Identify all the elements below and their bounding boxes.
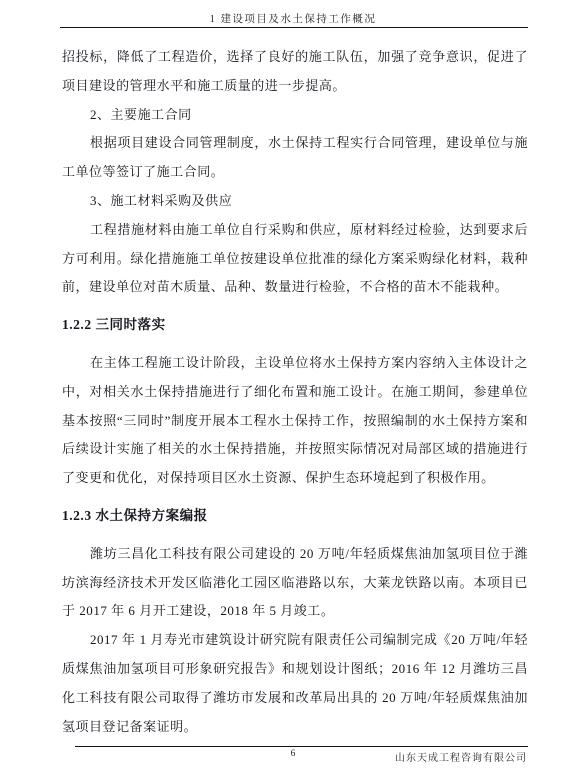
document-body: 招投标，降低了工程造价，选择了良好的施工队伍，加强了竞争意识，促进了项目建设的管… <box>62 43 528 741</box>
section-heading-1-2-2: 1.2.2 三同时落实 <box>62 311 528 340</box>
header-rule <box>60 27 528 28</box>
footer-company-name: 山东天成工程咨询有限公司 <box>395 749 527 764</box>
body-paragraph: 根据项目建设合同管理制度，水土保持工程实行合同管理，建设单位与施工单位等签订了施… <box>62 129 528 187</box>
header-chapter-title: 1 建设项目及水土保持工作概况 <box>210 11 377 26</box>
document-page: 1 建设项目及水土保持工作概况 招投标，降低了工程造价，选择了良好的施工队伍，加… <box>0 0 586 780</box>
section-heading-1-2-3: 1.2.3 水土保持方案编报 <box>62 502 528 531</box>
body-paragraph-continued: 招投标，降低了工程造价，选择了良好的施工队伍，加强了竞争意识，促进了项目建设的管… <box>62 43 528 101</box>
footer-rule <box>75 746 528 747</box>
numbered-item-3: 3、施工材料采购及供应 <box>62 187 528 216</box>
body-paragraph: 在主体工程施工设计阶段，主设单位将水土保持方案内容纳入主体设计之中，对相关水土保… <box>62 349 528 493</box>
page-footer: 6 山东天成工程咨询有限公司 <box>0 746 586 780</box>
footer-row: 6 山东天成工程咨询有限公司 <box>0 749 586 765</box>
body-paragraph: 工程措施材料由施工单位自行采购和供应，原材料经过检验，达到要求后方可利用。绿化措… <box>62 216 528 302</box>
page-header: 1 建设项目及水土保持工作概况 <box>0 0 586 27</box>
body-paragraph: 潍坊三昌化工科技有限公司建设的 20 万吨/年轻质煤焦油加氢项目位于潍坊滨海经济… <box>62 540 528 626</box>
body-paragraph: 2017 年 1 月寿光市建筑设计研究院有限责任公司编制完成《20 万吨/年轻质… <box>62 626 528 741</box>
numbered-item-2: 2、主要施工合同 <box>62 101 528 130</box>
